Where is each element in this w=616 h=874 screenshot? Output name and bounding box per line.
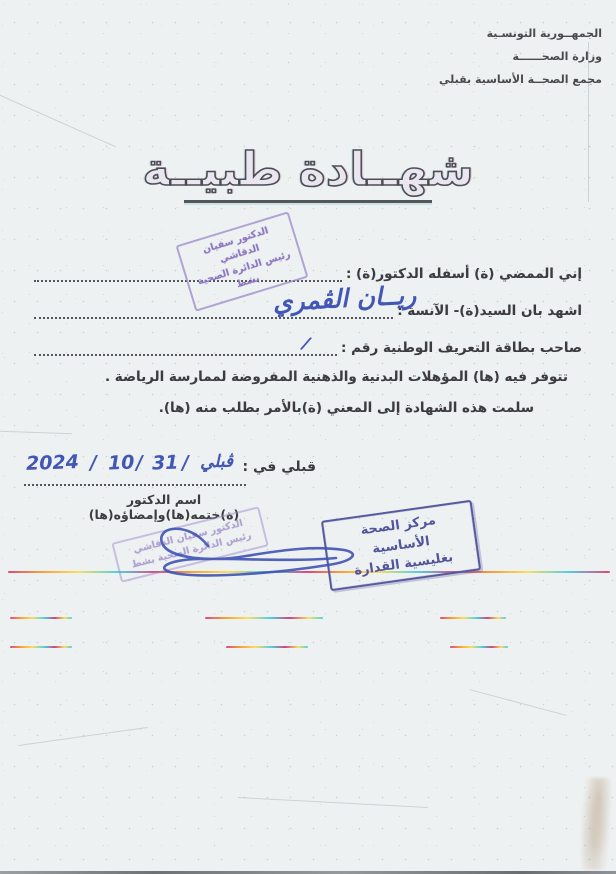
pen-signature xyxy=(146,516,381,596)
scan-artifact-line xyxy=(226,646,308,648)
letterhead-health-group: مجمع الصحــة الأساسية بقبلي xyxy=(392,68,602,91)
letterhead-republic: الجمهــورية التونسـية xyxy=(392,22,602,45)
handwritten-slash: / xyxy=(182,452,190,474)
form-line-fitness-statement: تتوفر فيه (ها) المؤهلات البدنية والذهنية… xyxy=(34,369,582,391)
form-line-delivery-statement: سلمت هذه الشهادة إلى المعني (ة)بالأمر بط… xyxy=(34,400,582,422)
scan-artifact-line xyxy=(10,646,72,648)
scan-artifact-line xyxy=(450,646,508,648)
scan-artifact-line xyxy=(440,617,506,619)
handwritten-place: ڤبلي xyxy=(200,451,234,472)
paper-crease xyxy=(0,90,116,148)
date-dotted-line xyxy=(24,484,246,486)
id-number-label: صاحب بطاقة التعريف الوطنية رقم : xyxy=(337,340,582,356)
handwritten-slash: / xyxy=(136,452,144,474)
certificate-title: شهــادة طبيــة xyxy=(142,142,473,196)
paper-crease xyxy=(0,431,72,435)
scan-smudge xyxy=(582,778,610,870)
date-line: قبلي في : 2024 / 10 / 31 / ڤبلي xyxy=(24,452,316,494)
handwritten-month: 10 xyxy=(108,452,135,475)
paper-crease xyxy=(238,797,428,808)
handwritten-slash: / xyxy=(90,452,98,474)
paper-crease xyxy=(19,727,148,746)
scan-artifact-line xyxy=(205,617,323,619)
letterhead: الجمهــورية التونسـية وزارة الصحــــــة … xyxy=(392,22,602,91)
scanned-medical-certificate: الجمهــورية التونسـية وزارة الصحــــــة … xyxy=(0,0,616,874)
dotted-fill-line xyxy=(34,338,337,356)
scan-artifact-line xyxy=(10,617,72,619)
letterhead-ministry: وزارة الصحــــــة xyxy=(392,45,602,68)
undersigned-label: إني الممضي (ة) أسفله الدكتور(ة) : xyxy=(342,266,582,282)
handwritten-day: 31 xyxy=(152,452,179,475)
handwritten-year: 2024 xyxy=(26,451,80,475)
certificate-title-block: شهــادة طبيــة xyxy=(0,142,616,203)
paper-crease xyxy=(470,689,567,716)
date-label: قبلي في : xyxy=(243,459,316,475)
title-underline xyxy=(184,200,432,203)
form-line-undersigned: إني الممضي (ة) أسفله الدكتور(ة) : xyxy=(34,258,582,282)
